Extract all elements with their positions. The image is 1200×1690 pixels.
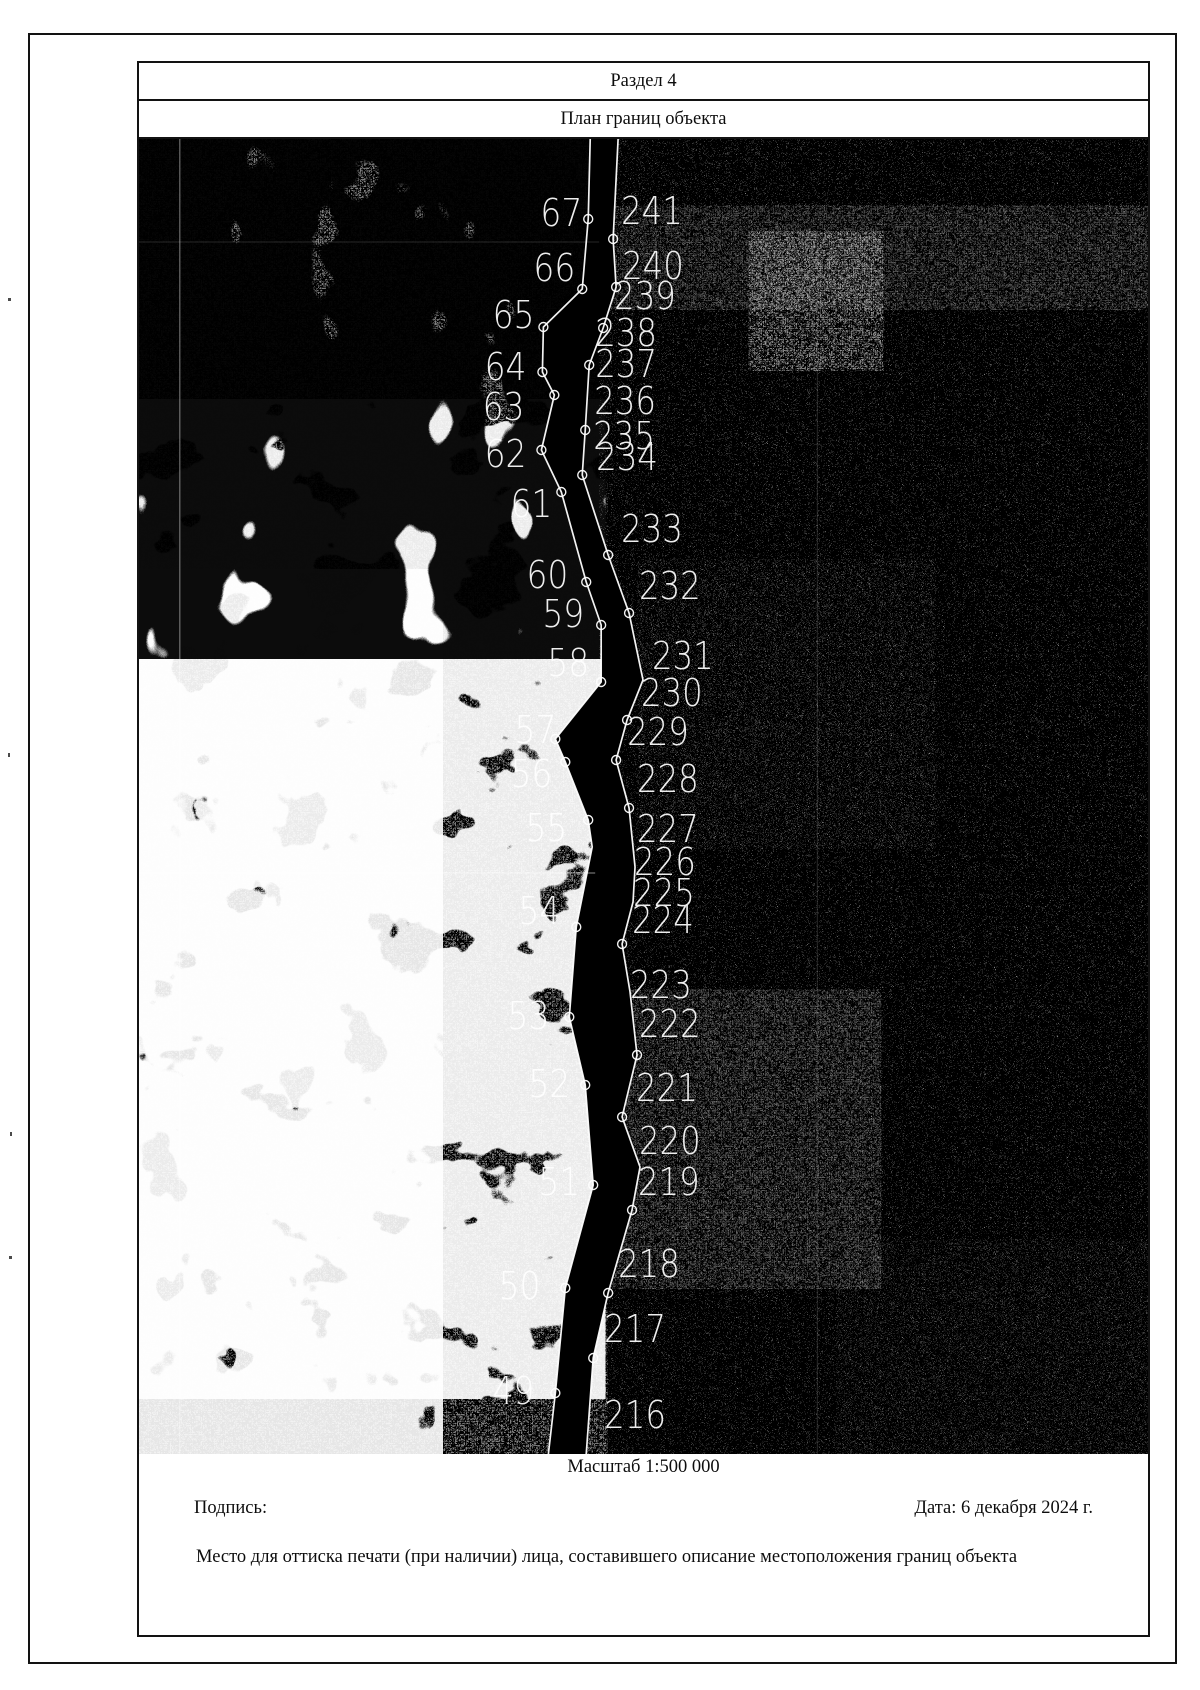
point-label-241: 241 (621, 189, 683, 233)
point-label-217: 217 (604, 1307, 666, 1351)
point-label-55: 55 (525, 806, 567, 850)
point-label-50: 50 (499, 1264, 541, 1308)
point-label-64: 64 (485, 345, 527, 389)
point-label-57: 57 (515, 708, 557, 752)
point-label-59: 59 (542, 592, 584, 636)
point-label-58: 58 (547, 641, 589, 685)
point-label-224: 224 (632, 898, 694, 942)
point-label-220: 220 (639, 1119, 701, 1163)
point-label-218: 218 (618, 1242, 680, 1286)
scanned-document-page: { "page": { "section_title": "Раздел 4",… (0, 0, 1200, 1690)
point-label-223: 223 (630, 963, 692, 1007)
scan-speck (9, 1256, 12, 1259)
point-label-228: 228 (637, 757, 699, 801)
point-label-230: 230 (641, 671, 703, 715)
plan-subtitle: План границ объекта (561, 109, 727, 129)
map-area: 6766656463626160595857565554535251504924… (139, 139, 1148, 1454)
section-title-row: Раздел 4 (139, 63, 1148, 101)
map-scale-caption: Масштаб 1:500 000 (139, 1457, 1148, 1478)
point-label-219: 219 (638, 1160, 700, 1204)
scan-speck (8, 753, 10, 757)
point-label-62: 62 (485, 432, 527, 476)
point-label-221: 221 (636, 1066, 698, 1110)
scan-speck (10, 1132, 12, 1136)
signature-label: Подпись: (194, 1498, 267, 1519)
point-label-61: 61 (511, 482, 553, 526)
point-label-52: 52 (528, 1062, 570, 1106)
scan-speck (8, 298, 11, 301)
boundary-plan-map: 6766656463626160595857565554535251504924… (139, 139, 1148, 1454)
stamp-place-note: Место для оттиска печати (при наличии) л… (196, 1547, 1118, 1568)
point-label-229: 229 (627, 710, 689, 754)
point-label-222: 222 (639, 1002, 701, 1046)
point-label-234: 234 (596, 435, 658, 479)
point-label-233: 233 (621, 507, 683, 551)
boundary-plan-table: Раздел 4 План границ объекта (137, 61, 1150, 1637)
point-label-66: 66 (533, 246, 575, 290)
point-label-67: 67 (540, 191, 582, 235)
date-label: Дата: 6 декабря 2024 г. (914, 1498, 1093, 1519)
point-label-51: 51 (538, 1160, 580, 1204)
point-label-63: 63 (483, 385, 525, 429)
point-label-216: 216 (604, 1393, 666, 1437)
point-label-49: 49 (493, 1369, 535, 1413)
point-label-56: 56 (511, 752, 553, 796)
subtitle-row: План границ объекта (139, 101, 1148, 139)
point-label-60: 60 (526, 553, 568, 597)
section-title: Раздел 4 (610, 71, 676, 91)
point-label-65: 65 (493, 293, 535, 337)
point-label-54: 54 (518, 889, 560, 933)
point-label-232: 232 (639, 564, 701, 608)
point-label-53: 53 (508, 994, 550, 1038)
